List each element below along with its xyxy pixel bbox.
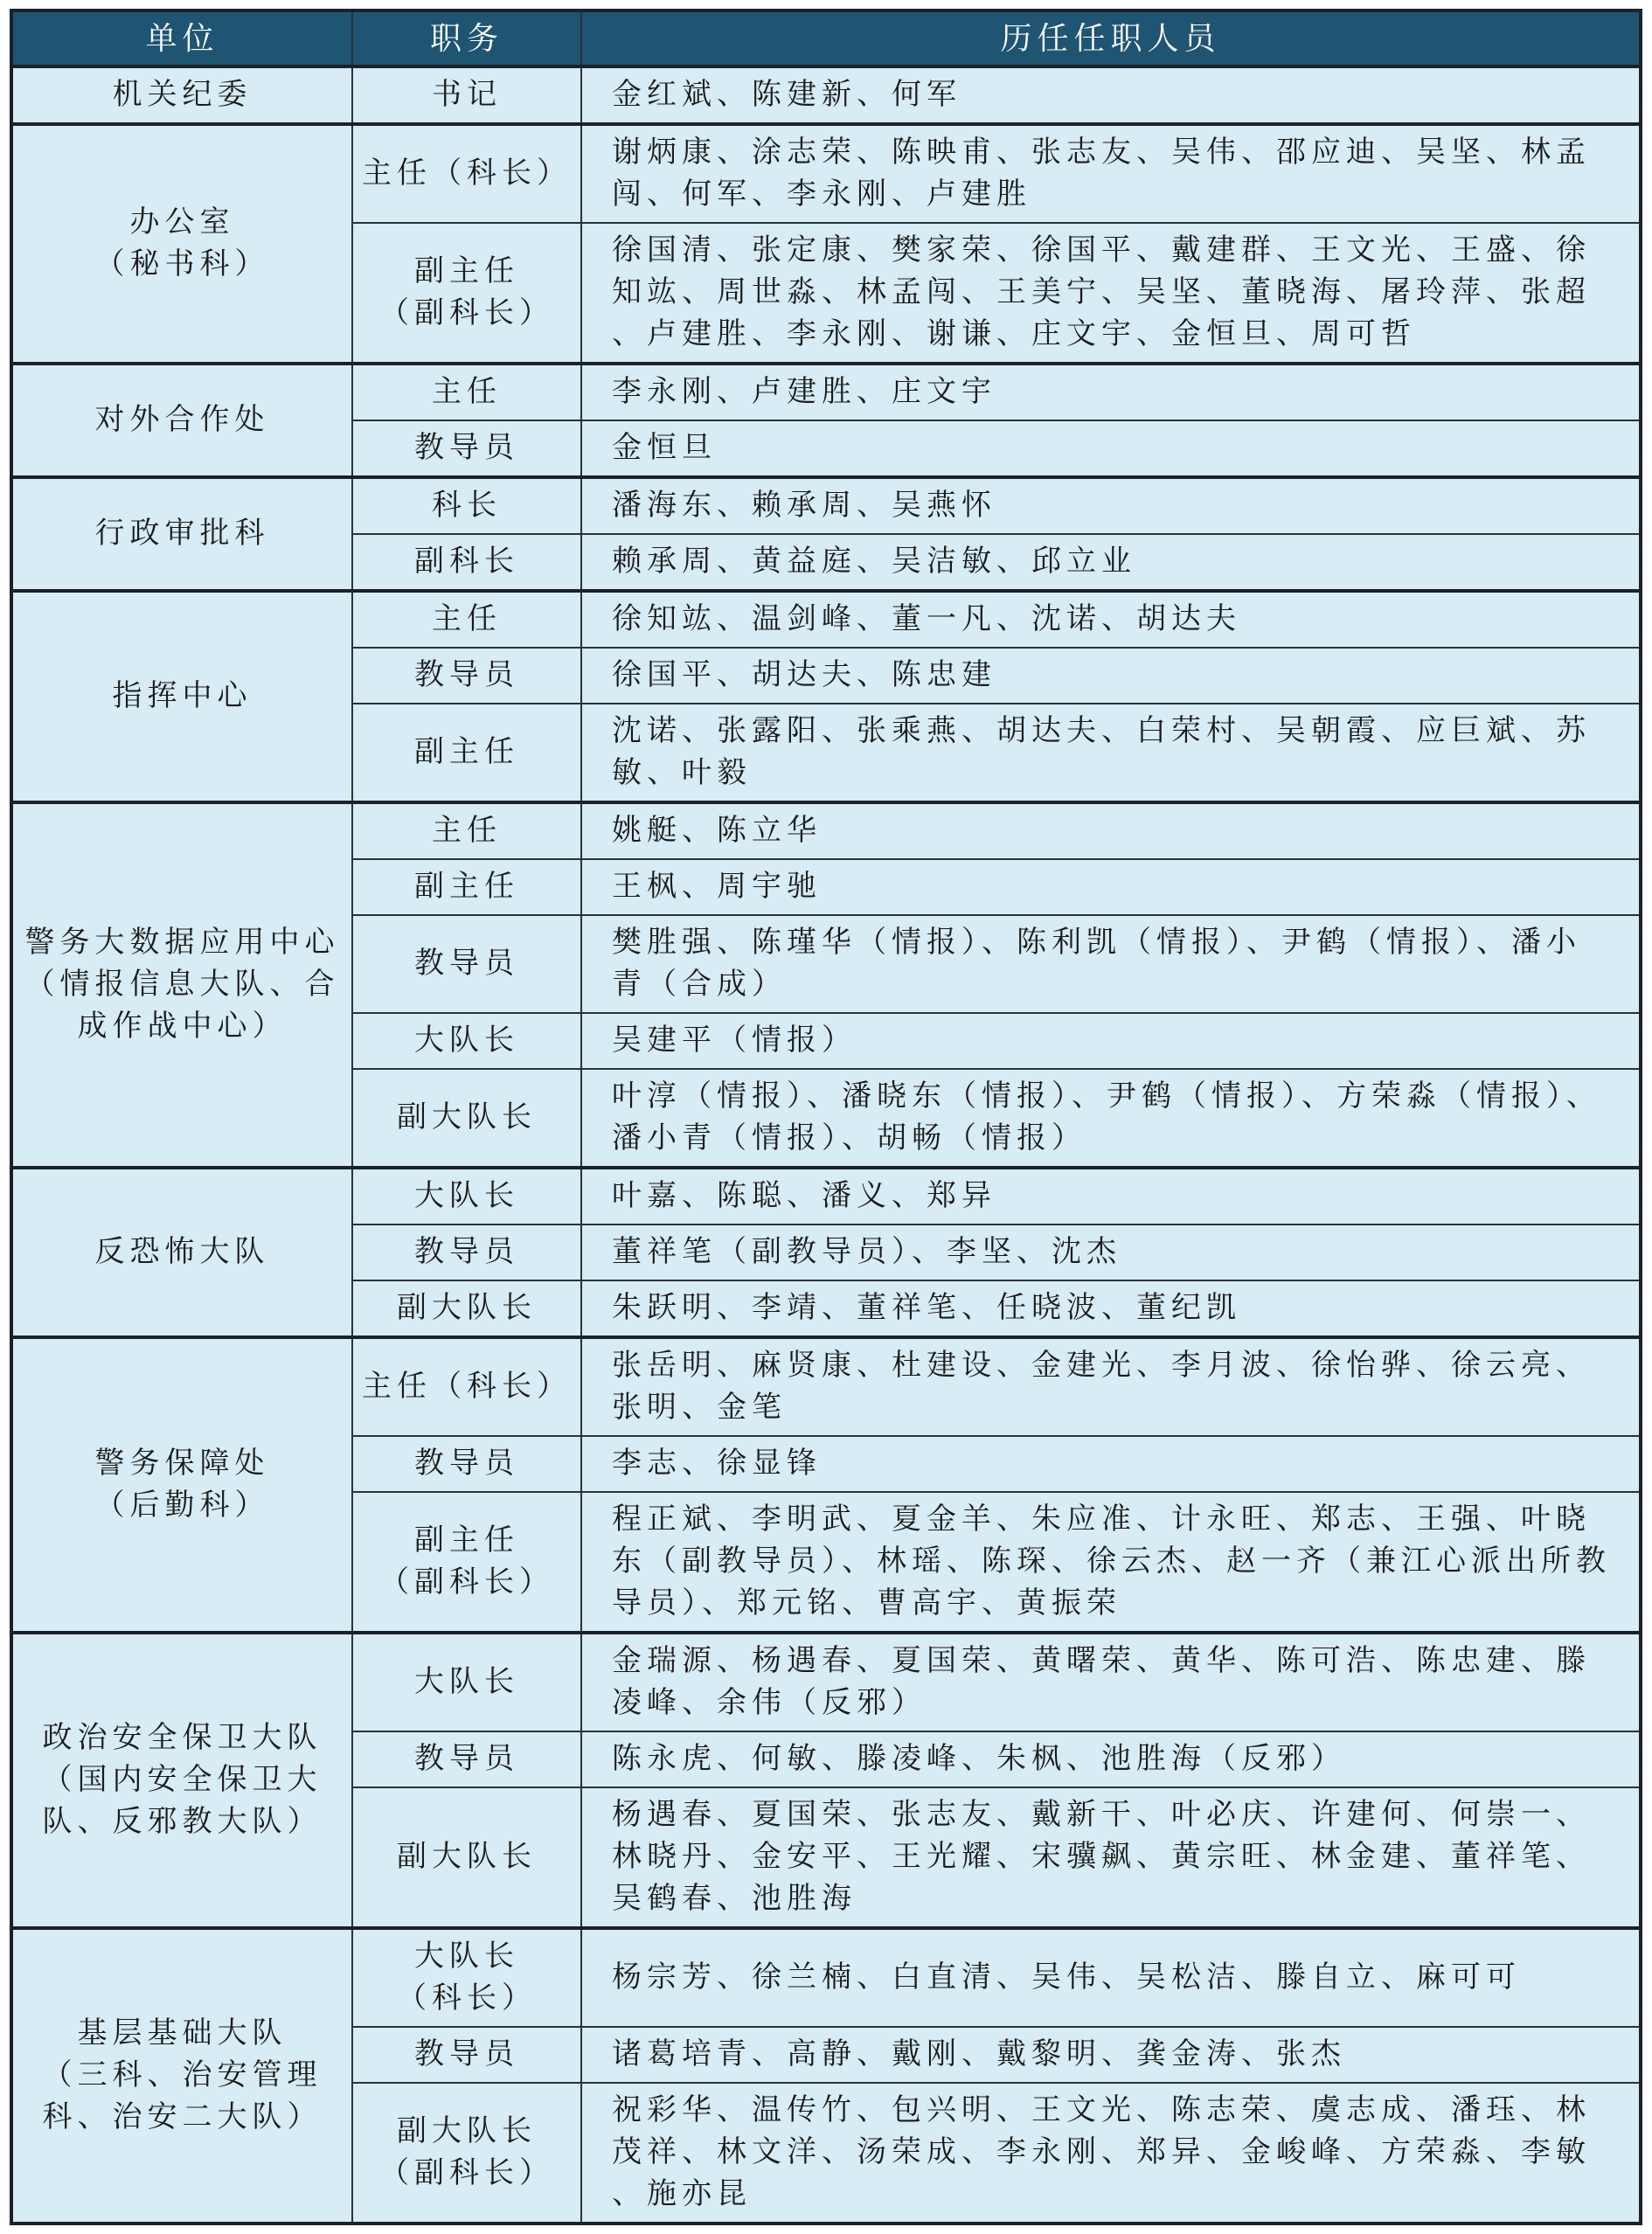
position-cell: 教导员 xyxy=(352,1225,581,1280)
position-cell: 大队长 （科长） xyxy=(352,1928,581,2027)
header-row: 单位 职务 历任任职人员 xyxy=(11,10,1641,66)
people-cell: 程正斌、李明武、夏金羊、朱应准、计永旺、郑志、王强、叶晓东（副教导员）、林瑶、陈… xyxy=(581,1492,1641,1633)
unit-cell: 基层基础大队 （三科、治安管理 科、治安二大队） xyxy=(11,1928,352,2224)
people-cell: 谢炳康、涂志荣、陈映甫、张志友、吴伟、邵应迪、吴坚、林孟闯、何军、李永刚、卢建胜 xyxy=(581,124,1641,223)
position-cell: 主任 xyxy=(352,802,581,859)
table-row: 行政审批科科长潘海东、赖承周、吴燕怀 xyxy=(11,477,1641,534)
unit-cell: 反恐怖大队 xyxy=(11,1168,352,1337)
position-cell: 副大队长 xyxy=(352,1280,581,1337)
unit-cell: 指挥中心 xyxy=(11,591,352,802)
people-cell: 姚艇、陈立华 xyxy=(581,802,1641,859)
table-row: 反恐怖大队大队长叶嘉、陈聪、潘义、郑异 xyxy=(11,1168,1641,1225)
people-cell: 赖承周、黄益庭、吴洁敏、邱立业 xyxy=(581,534,1641,591)
people-cell: 张岳明、麻贤康、杜建设、金建光、李月波、徐怡骅、徐云亮、张明、金笔 xyxy=(581,1337,1641,1436)
table-row: 机关纪委书记金红斌、陈建新、何军 xyxy=(11,66,1641,124)
position-cell: 书记 xyxy=(352,66,581,124)
position-cell: 大队长 xyxy=(352,1168,581,1225)
people-cell: 徐国平、胡达夫、陈忠建 xyxy=(581,648,1641,704)
people-cell: 王枫、周宇驰 xyxy=(581,859,1641,915)
position-cell: 科长 xyxy=(352,477,581,534)
people-cell: 吴建平（情报） xyxy=(581,1013,1641,1069)
position-cell: 副主任 xyxy=(352,704,581,802)
position-cell: 副科长 xyxy=(352,534,581,591)
people-cell: 陈永虎、何敏、滕凌峰、朱枫、池胜海（反邪） xyxy=(581,1731,1641,1787)
position-cell: 主任（科长） xyxy=(352,124,581,223)
table-row: 警务保障处 （后勤科）主任（科长）张岳明、麻贤康、杜建设、金建光、李月波、徐怡骅… xyxy=(11,1337,1641,1436)
header-cell-unit: 单位 xyxy=(11,10,352,66)
position-cell: 大队长 xyxy=(352,1633,581,1731)
position-cell: 教导员 xyxy=(352,2027,581,2083)
position-cell: 副主任 xyxy=(352,859,581,915)
table-header: 单位 职务 历任任职人员 xyxy=(11,10,1641,66)
people-cell: 金瑞源、杨遇春、夏国荣、黄曙荣、黄华、陈可浩、陈忠建、滕凌峰、余伟（反邪） xyxy=(581,1633,1641,1731)
people-cell: 李志、徐显锋 xyxy=(581,1436,1641,1492)
position-cell: 副大队长 （副科长） xyxy=(352,2083,581,2224)
position-cell: 副大队长 xyxy=(352,1787,581,1928)
people-cell: 祝彩华、温传竹、包兴明、王文光、陈志荣、虞志成、潘珏、林茂祥、林文洋、汤荣成、李… xyxy=(581,2083,1641,2224)
table-row: 基层基础大队 （三科、治安管理 科、治安二大队）大队长 （科长）杨宗芳、徐兰楠、… xyxy=(11,1928,1641,2027)
unit-cell: 警务大数据应用中心 （情报信息大队、合 成作战中心） xyxy=(11,802,352,1168)
people-cell: 诸葛培青、高静、戴刚、戴黎明、龚金涛、张杰 xyxy=(581,2027,1641,2083)
unit-cell: 机关纪委 xyxy=(11,66,352,124)
people-cell: 朱跃明、李靖、董祥笔、任晓波、董纪凯 xyxy=(581,1280,1641,1337)
table-row: 政治安全保卫大队 （国内安全保卫大 队、反邪教大队）大队长金瑞源、杨遇春、夏国荣… xyxy=(11,1633,1641,1731)
document-page: 单位 职务 历任任职人员 机关纪委书记金红斌、陈建新、何军办公室 （秘书科）主任… xyxy=(0,0,1652,2234)
people-cell: 杨宗芳、徐兰楠、白直清、吴伟、吴松洁、滕自立、麻可可 xyxy=(581,1928,1641,2027)
position-cell: 副主任 （副科长） xyxy=(352,1492,581,1633)
position-cell: 教导员 xyxy=(352,420,581,477)
unit-cell: 办公室 （秘书科） xyxy=(11,124,352,364)
table-row: 对外合作处主任李永刚、卢建胜、庄文宇 xyxy=(11,364,1641,420)
position-cell: 教导员 xyxy=(352,1731,581,1787)
people-cell: 杨遇春、夏国荣、张志友、戴新干、叶必庆、许建何、何崇一、林晓丹、金安平、王光耀、… xyxy=(581,1787,1641,1928)
unit-cell: 政治安全保卫大队 （国内安全保卫大 队、反邪教大队） xyxy=(11,1633,352,1928)
people-cell: 叶淳（情报）、潘晓东（情报）、尹鹤（情报）、方荣淼（情报）、潘小青（情报）、胡畅… xyxy=(581,1069,1641,1168)
position-cell: 教导员 xyxy=(352,1436,581,1492)
position-cell: 副主任 （副科长） xyxy=(352,223,581,364)
position-cell: 教导员 xyxy=(352,648,581,704)
unit-cell: 对外合作处 xyxy=(11,364,352,477)
personnel-table-body: 机关纪委书记金红斌、陈建新、何军办公室 （秘书科）主任（科长）谢炳康、涂志荣、陈… xyxy=(11,66,1641,2224)
people-cell: 潘海东、赖承周、吴燕怀 xyxy=(581,477,1641,534)
people-cell: 董祥笔（副教导员）、李坚、沈杰 xyxy=(581,1225,1641,1280)
table-row: 警务大数据应用中心 （情报信息大队、合 成作战中心）主任姚艇、陈立华 xyxy=(11,802,1641,859)
people-cell: 金恒旦 xyxy=(581,420,1641,477)
position-cell: 主任（科长） xyxy=(352,1337,581,1436)
people-cell: 叶嘉、陈聪、潘义、郑异 xyxy=(581,1168,1641,1225)
people-cell: 徐国清、张定康、樊家荣、徐国平、戴建群、王文光、王盛、徐知竑、周世淼、林孟闯、王… xyxy=(581,223,1641,364)
personnel-table: 单位 职务 历任任职人员 机关纪委书记金红斌、陈建新、何军办公室 （秘书科）主任… xyxy=(10,9,1642,2225)
position-cell: 教导员 xyxy=(352,915,581,1013)
header-cell-position: 职务 xyxy=(352,10,581,66)
position-cell: 副大队长 xyxy=(352,1069,581,1168)
table-row: 指挥中心主任徐知竑、温剑峰、董一凡、沈诺、胡达夫 xyxy=(11,591,1641,648)
position-cell: 主任 xyxy=(352,591,581,648)
table-row: 办公室 （秘书科）主任（科长）谢炳康、涂志荣、陈映甫、张志友、吴伟、邵应迪、吴坚… xyxy=(11,124,1641,223)
people-cell: 李永刚、卢建胜、庄文宇 xyxy=(581,364,1641,420)
people-cell: 樊胜强、陈瑾华（情报）、陈利凯（情报）、尹鹤（情报）、潘小青（合成） xyxy=(581,915,1641,1013)
people-cell: 金红斌、陈建新、何军 xyxy=(581,66,1641,124)
unit-cell: 行政审批科 xyxy=(11,477,352,591)
unit-cell: 警务保障处 （后勤科） xyxy=(11,1337,352,1633)
people-cell: 沈诺、张露阳、张乘燕、胡达夫、白荣村、吴朝霞、应巨斌、苏敏、叶毅 xyxy=(581,704,1641,802)
people-cell: 徐知竑、温剑峰、董一凡、沈诺、胡达夫 xyxy=(581,591,1641,648)
position-cell: 大队长 xyxy=(352,1013,581,1069)
position-cell: 主任 xyxy=(352,364,581,420)
header-cell-people: 历任任职人员 xyxy=(581,10,1641,66)
